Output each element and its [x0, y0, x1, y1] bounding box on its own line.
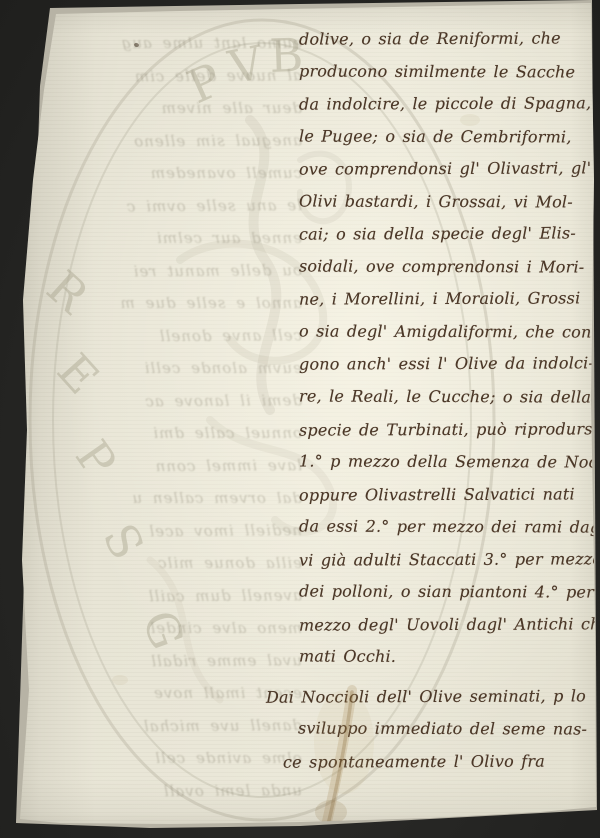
manuscript-line: ce spontaneamente l' Olivo fra — [283, 751, 587, 785]
bleedthrough-line: avenell dum caill — [70, 586, 302, 620]
bleedthrough-line: olme avinde cell — [70, 749, 302, 782]
bleedthrough-line: meno alve cindel — [70, 619, 302, 652]
manuscript-line: producono similmente le Sacche — [299, 61, 587, 95]
manuscript-line: o sia degl' Amigdaliformi, che conten- — [299, 321, 587, 355]
bleedthrough-line: dal orvem callen u — [70, 489, 302, 522]
manuscript-line: mezzo degl' Uovoli dagl' Antichi chia- — [299, 614, 587, 648]
bleedthrough-line: al nuove delle cim — [70, 66, 302, 100]
manuscript-line: da indolcire, le piccole di Spagna, — [299, 93, 587, 127]
manuscript-line: mati Occhi. — [299, 647, 587, 681]
bleedthrough-line: ou delle manut rei — [70, 261, 302, 295]
bleedthrough-line: onnuel calle dmi — [70, 424, 302, 457]
bleedthrough-line: lave immel conn — [70, 456, 302, 490]
manuscript-line: specie de Turbinati, può riprodursi — [299, 419, 587, 453]
bleedthrough-line: danell uve michal — [70, 716, 302, 750]
bleedthrough-line: eumo lant ulme aug — [70, 34, 302, 67]
bleedthrough-line: annol e selle due m — [70, 294, 302, 327]
manuscript-line: ove comprendonsi gl' Olivastri, gl' — [299, 159, 587, 193]
manuscript-line: Dai Noccioli dell' Olive seminati, p lo — [266, 686, 587, 720]
manuscript-line: da essi 2.° per mezzo dei rami dagl' Oli… — [299, 517, 587, 551]
manuscript-line: dolive, o sia de Reniformi, che — [299, 28, 587, 62]
manuscript-line: ne, i Morellini, i Moraioli, Grossi — [299, 289, 587, 323]
manuscript-line: dei polloni, o sian piantoni 4.° per — [299, 582, 587, 616]
bleedthrough-line: cumell ovanedem — [70, 164, 302, 197]
manuscript-line: 1.° p mezzo della Semenza de Noccioli, — [299, 452, 587, 486]
bleedthrough-line: enned aur celmi — [70, 229, 302, 262]
manuscript-line: oppure Olivastrelli Salvatici nati — [299, 484, 587, 518]
manuscript-line: vi già adulti Staccati 3.° per mezzo — [299, 549, 587, 583]
manuscript-line: gono anch' essi l' Olive da indolci- — [299, 354, 587, 388]
manuscript-page: P V B R E P S G eumo lant ulme aug al nu… — [0, 0, 600, 838]
bleedthrough-line: euvm alonde celli — [70, 359, 302, 392]
manuscript-text-block: dolive, o sia de Reniformi, che producon… — [299, 29, 587, 785]
manuscript-line: Olivi bastardi, i Grossai, vi Mol- — [299, 191, 587, 225]
bleedthrough-line: anegual sim elleno — [70, 131, 302, 165]
bleedthrough-line: deur alle nivem — [70, 99, 302, 132]
manuscript-line: sviluppo immediato del seme nas- — [298, 719, 587, 753]
bleedthrough-line: le anu selle ovmi c — [70, 196, 302, 230]
manuscript-line: cai; o sia della specie degl' Elis- — [299, 224, 587, 258]
bleedthrough-line: nediell imov acel — [70, 521, 302, 555]
stain-blob — [315, 800, 347, 824]
bleedthrough-line: uval emme ridall — [70, 651, 302, 685]
bleedthrough-line: unda lemi ovall — [70, 781, 302, 815]
bleedthrough-line: cell anve donell — [70, 326, 302, 360]
bleedthrough-line: eilla donue milc — [70, 554, 302, 587]
manuscript-line: soidali, ove comprendonsi i Mori- — [299, 256, 587, 290]
manuscript-line: re, le Reali, le Cucche; o sia della — [299, 387, 587, 421]
bleedthrough-line: demi il lanove ac — [70, 391, 302, 425]
manuscript-line: le Pugee; o sia de Cembriformi, — [299, 126, 587, 160]
